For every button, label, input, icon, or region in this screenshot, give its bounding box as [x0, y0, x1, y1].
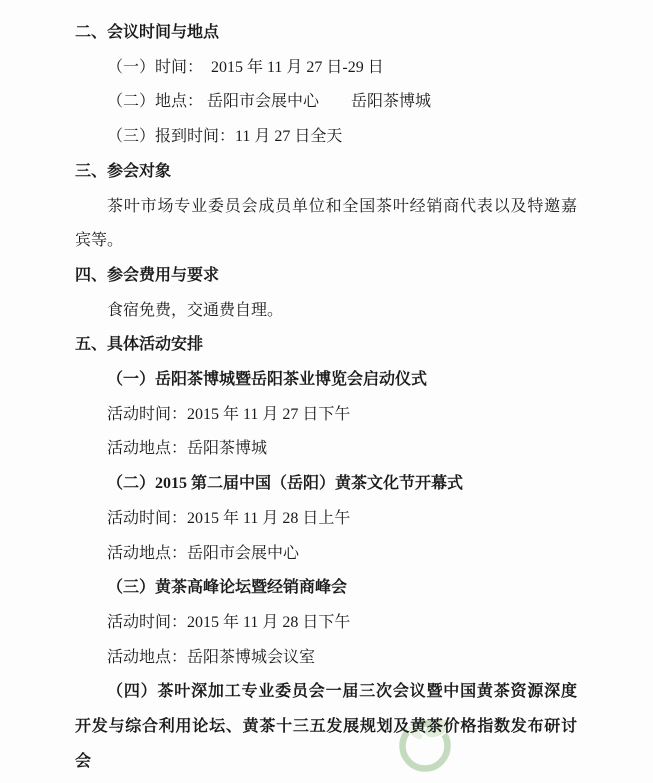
doc-line-activity-3-place: 活动地点：岳阳茶博城会议室	[75, 641, 577, 676]
doc-line-activity-2-time: 活动时间：2015 年 11 月 28 日上午	[75, 502, 577, 537]
document-page: 二、会议时间与地点 （一）时间： 2015 年 11 月 27 日-29 日 （…	[0, 0, 653, 783]
subheading-activity-2: （二）2015 第二届中国（岳阳）黄茶文化节开幕式	[75, 467, 577, 502]
doc-line: 茶叶市场专业委员会成员单位和全国茶叶经销商代表以及特邀嘉	[75, 190, 577, 225]
section-heading-participants: 三、参会对象	[75, 155, 577, 190]
subheading-activity-4-cont: 会	[75, 745, 577, 780]
doc-line: 食宿免费，交通费自理。	[75, 294, 577, 329]
doc-line-time: （一）时间： 2015 年 11 月 27 日-29 日	[75, 51, 577, 86]
subheading-activity-4-cont: 开发与综合利用论坛、黄茶十三五发展规划及黄茶价格指数发布研讨	[75, 710, 577, 745]
doc-line-activity-1-place: 活动地点：岳阳茶博城	[75, 432, 577, 467]
subheading-activity-3: （三）黄茶高峰论坛暨经销商峰会	[75, 571, 577, 606]
document-body: 二、会议时间与地点 （一）时间： 2015 年 11 月 27 日-29 日 （…	[0, 16, 653, 779]
section-heading-activity-schedule: 五、具体活动安排	[75, 328, 577, 363]
doc-line: 宾等。	[75, 224, 577, 259]
section-heading-meeting-time-location: 二、会议时间与地点	[75, 16, 577, 51]
subheading-activity-4: （四）茶叶深加工专业委员会一届三次会议暨中国黄茶资源深度	[75, 675, 577, 710]
doc-line-registration-time: （三）报到时间：11 月 27 日全天	[75, 120, 577, 155]
section-heading-fees-requirements: 四、参会费用与要求	[75, 259, 577, 294]
doc-line-activity-1-time: 活动时间：2015 年 11 月 27 日下午	[75, 398, 577, 433]
doc-line-activity-2-place: 活动地点：岳阳市会展中心	[75, 537, 577, 572]
subheading-activity-1: （一）岳阳茶博城暨岳阳茶业博览会启动仪式	[75, 363, 577, 398]
doc-line-location: （二）地点： 岳阳市会展中心 岳阳茶博城	[75, 85, 577, 120]
doc-line-activity-3-time: 活动时间：2015 年 11 月 28 日下午	[75, 606, 577, 641]
